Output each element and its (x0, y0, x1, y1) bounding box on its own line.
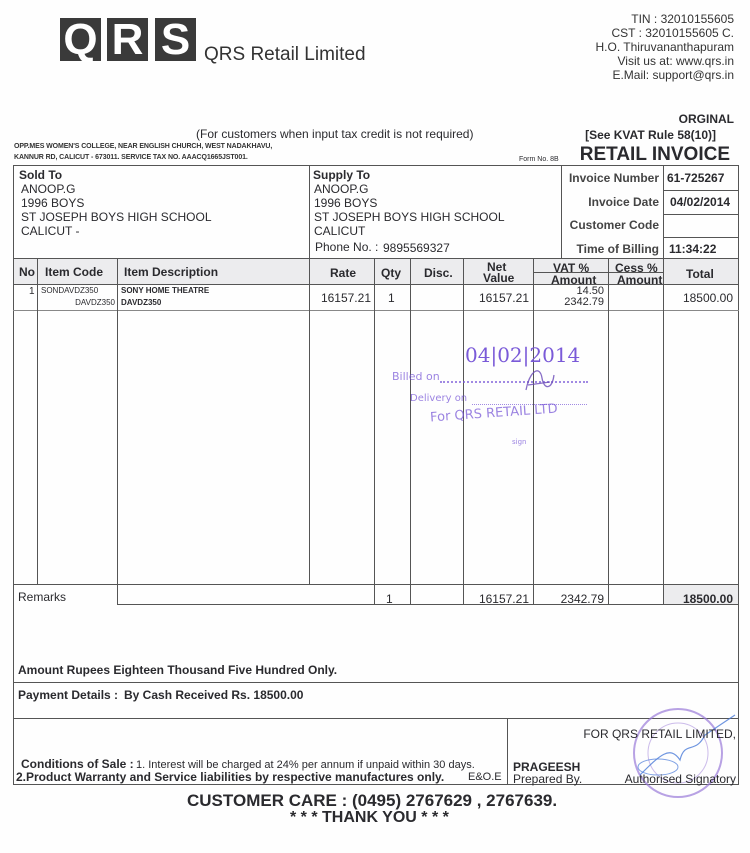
sold-to-label: Sold To (19, 168, 62, 182)
invoice-number: 61-725267 (667, 171, 724, 185)
col-qty: Qty (381, 266, 401, 280)
row-net-value: 16157.21 (479, 291, 529, 305)
col-item-code: Item Code (45, 265, 103, 279)
row-description-2: DAVDZ350 (121, 298, 161, 307)
logo-letter-q: Q (60, 18, 101, 61)
kvat-rule: [See KVAT Rule 58(10)] (585, 128, 716, 142)
supply-to-label: Supply To (313, 168, 370, 182)
cst: CST : 32010155605 C. (595, 26, 734, 40)
total-qty: 1 (386, 592, 393, 606)
copy-type: ORGINAL (679, 112, 734, 126)
head-office: H.O. Thiruvananthapuram (595, 40, 734, 54)
row-rate: 16157.21 (321, 291, 371, 305)
total-vat-amount: 2342.79 (561, 592, 604, 606)
col-description: Item Description (124, 265, 218, 279)
col-total: Total (686, 267, 714, 281)
col-rate: Rate (330, 266, 356, 280)
supply-to-line: ST JOSEPH BOYS HIGH SCHOOL (314, 210, 505, 224)
errors-omissions: E&O.E (468, 771, 502, 783)
document-title: RETAIL INVOICE (580, 144, 730, 166)
row-description: SONY HOME THEATRE (121, 286, 209, 295)
col-net-value-2: Value (483, 271, 514, 285)
phone-number: 9895569327 (383, 241, 450, 255)
company-seal-icon (620, 705, 740, 805)
supply-to-line: ANOOP.G (314, 182, 368, 196)
customer-code-label: Customer Code (570, 218, 659, 232)
stamp-signature-icon (520, 360, 560, 400)
address-line-1: OPP.MES WOMEN'S COLLEGE, NEAR ENGLISH CH… (14, 143, 272, 150)
remarks-label: Remarks (18, 590, 66, 604)
time-of-billing-label: Time of Billing (577, 242, 659, 256)
form-number: Form No. 8B (519, 156, 559, 163)
company-name: QRS Retail Limited (204, 44, 366, 66)
col-no: No (19, 265, 35, 279)
authorised-signatory-label: Authorised Signatory (625, 772, 736, 786)
row-item-code-2: DAVDZ350 (75, 298, 115, 307)
row-item-code: SONDAVDZ350 (41, 286, 98, 295)
stamp-delivery-on: Delivery on (410, 393, 467, 404)
company-contact: TIN : 32010155605 CST : 32010155605 C. H… (595, 12, 734, 82)
invoice-date-label: Invoice Date (588, 195, 659, 209)
time-of-billing: 11:34:22 (669, 242, 716, 256)
condition-2: 2.Product Warranty and Service liabiliti… (16, 770, 444, 784)
payment-value: By Cash Received Rs. 18500.00 (124, 688, 303, 702)
sold-to-line: 1996 BOYS (21, 196, 84, 210)
row-vat-amount: 2342.79 (564, 296, 604, 308)
logo-letter-r: R (107, 18, 148, 61)
stamp-billed-on: Billed on (392, 370, 440, 383)
stamp-for-company: For QRS RETAIL LTD (430, 402, 559, 426)
phone-label: Phone No. : (315, 240, 378, 254)
conditions-label: Conditions of Sale : (21, 757, 134, 771)
supply-to-line: CALICUT (314, 224, 365, 238)
customer-note: (For customers when input tax credit is … (196, 127, 473, 141)
website: Visit us at: www.qrs.in (595, 54, 734, 68)
address-line-2: KANNUR RD, CALICUT - 673011. SERVICE TAX… (14, 154, 248, 161)
payment-label: Payment Details : (18, 688, 118, 702)
sold-to-line: ST JOSEPH BOYS HIGH SCHOOL (21, 210, 212, 224)
row-total: 18500.00 (683, 291, 733, 305)
for-company-label: FOR QRS RETAIL LIMITED, (583, 727, 736, 741)
amount-in-words: Amount Rupees Eighteen Thousand Five Hun… (18, 663, 337, 677)
invoice-number-label: Invoice Number (569, 171, 659, 185)
logo-letter-s: S (155, 18, 196, 61)
tin: TIN : 32010155605 (595, 12, 734, 26)
row-qty: 1 (388, 291, 395, 305)
thank-you: * * * THANK YOU * * * (290, 809, 449, 827)
grand-total: 18500.00 (683, 592, 733, 606)
customer-care: CUSTOMER CARE : (0495) 2767629 , 2767639… (187, 791, 557, 811)
email: E.Mail: support@qrs.in (595, 68, 734, 82)
prepared-by-label: Prepared By. (513, 772, 582, 786)
sold-to-line: ANOOP.G (21, 182, 75, 196)
sold-to-line: CALICUT - (21, 224, 79, 238)
supply-to-line: 1996 BOYS (314, 196, 377, 210)
col-disc: Disc. (424, 266, 453, 280)
row-no: 1 (29, 286, 35, 297)
invoice-date: 04/02/2014 (670, 195, 730, 209)
total-net-value: 16157.21 (479, 592, 529, 606)
col-cess-amount: Amount (617, 273, 662, 287)
stamp-initials: sign (512, 438, 526, 446)
